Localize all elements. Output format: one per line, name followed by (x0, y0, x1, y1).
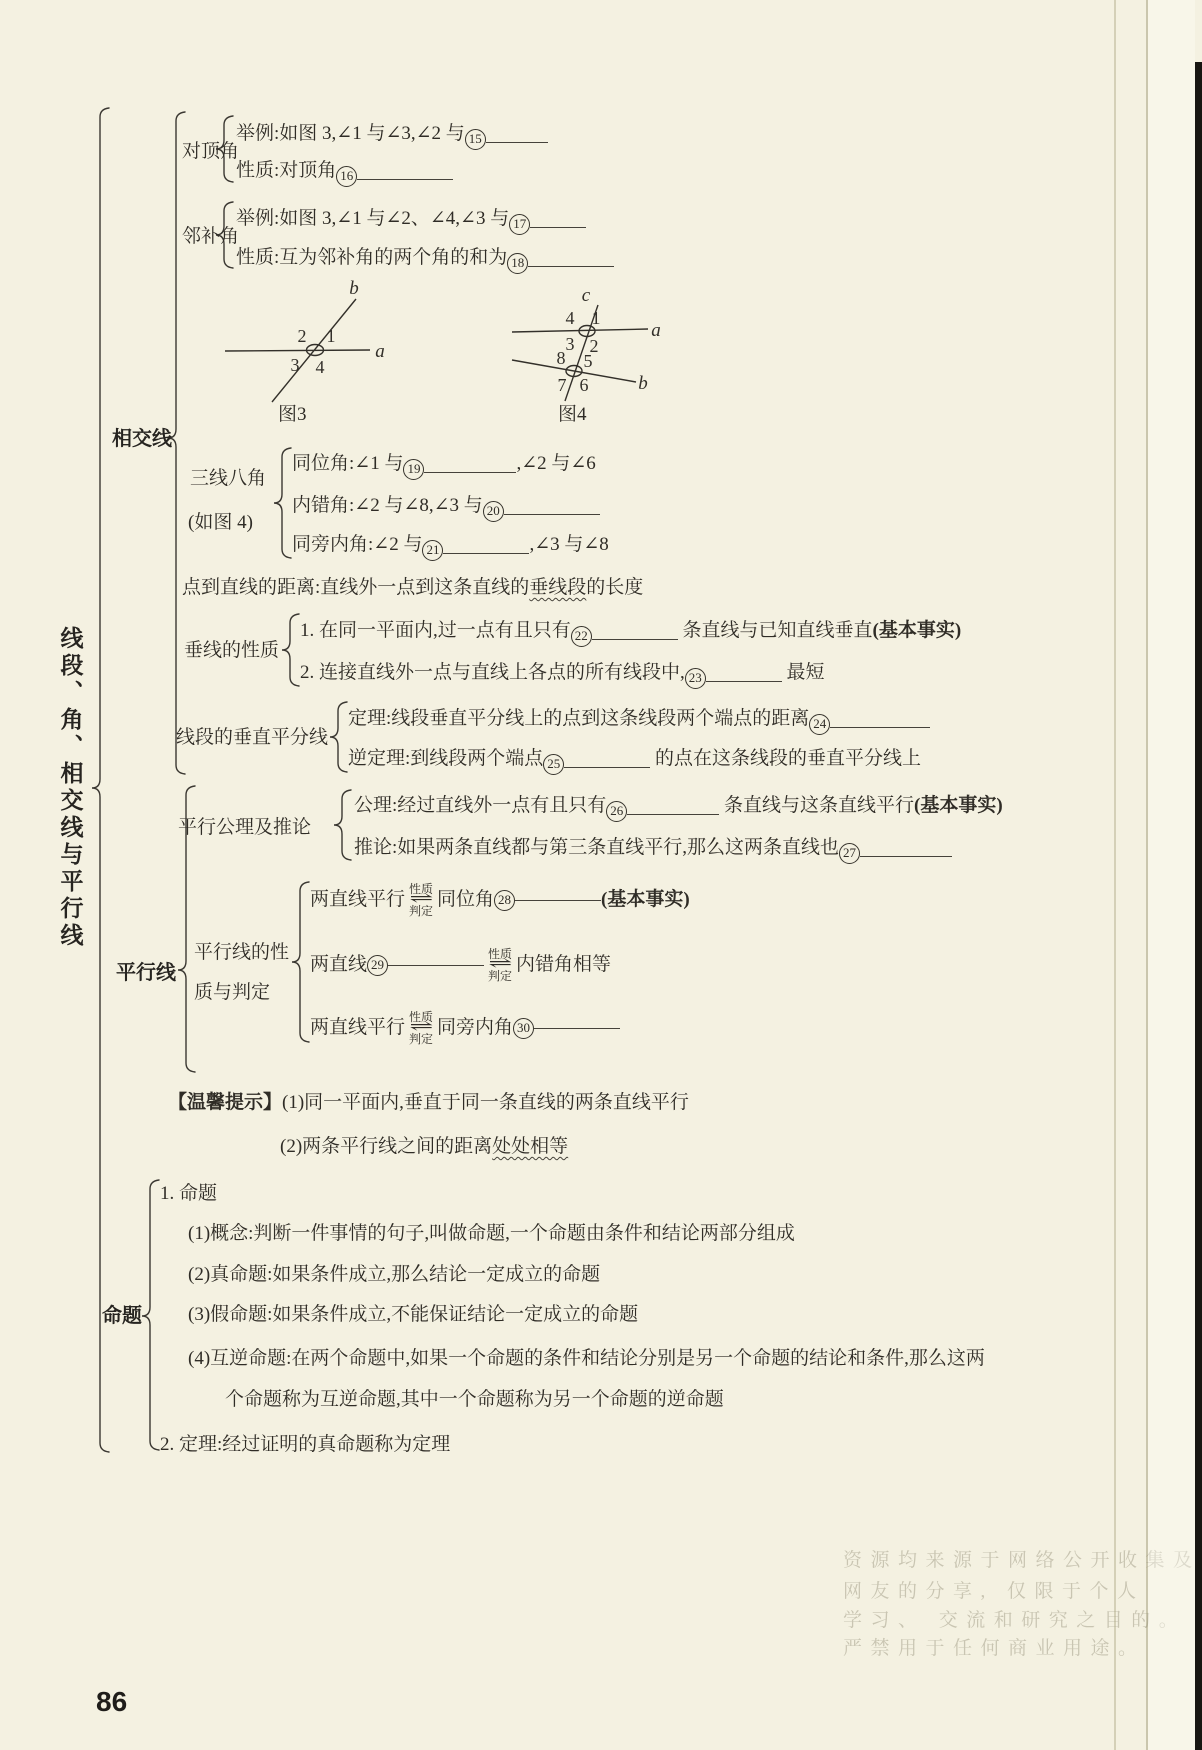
circled-number: 18 (507, 253, 528, 274)
props-judgments-row1: 两直线平行性质⇌判定同位角28 (基本事实) (310, 880, 690, 920)
tips-text1: (1)同一平面内,垂直于同一条直线的两条直线平行 (282, 1092, 689, 1113)
curly-brace (274, 448, 291, 558)
property-judgment-arrow: 性质⇌判定 (409, 883, 433, 917)
branch-label-intersecting-lines: 相交线 (112, 428, 172, 451)
circled-number: 20 (483, 501, 504, 522)
same-side-interior-angles-line: 同旁内角:∠2 与21,∠3 与∠8 (292, 534, 609, 561)
figure4-geometry (512, 305, 648, 401)
proposition-row1: 1. 命题 (160, 1183, 217, 1205)
page-number: 86 (96, 1686, 127, 1718)
vertical-angles-label: 对顶角 (182, 141, 239, 163)
vertical-angles-property: 性质:对顶角16 (236, 160, 453, 187)
perpendicular-properties-item2: 2. 连接直线外一点与直线上各点的所有线段中,23 最短 (300, 662, 825, 689)
props-judgments-label-line2: 质与判定 (194, 982, 270, 1004)
brace-group (92, 108, 351, 1452)
chapter-title-vertical: 线段、角、相交线与平行线 (56, 626, 82, 966)
wavy-emphasis: 垂线段 (529, 577, 586, 598)
fig3-label-b: b (349, 278, 359, 299)
circled-number: 21 (422, 540, 443, 561)
parallel-corollary-line: 推论:如果两条直线都与第三条直线平行,那么这两条直线也27 (354, 837, 952, 864)
fill-in-blank (830, 727, 930, 728)
property-judgment-arrow: 性质⇌判定 (488, 948, 512, 982)
vertical-angles-example: 举例:如图 3,∠1 与∠3,∠2 与15 (236, 123, 548, 150)
fig4-angle-8: 8 (557, 348, 566, 368)
curly-brace (92, 108, 109, 1452)
corresponding-angles-line: 同位角:∠1 与19,∠2 与∠6 (292, 453, 596, 480)
fig4-vertex-circle-bottom (566, 366, 582, 377)
fill-in-blank (592, 639, 678, 640)
branch-label-proposition: 命题 (102, 1305, 142, 1328)
tips-label: 【温馨提示】 (168, 1092, 282, 1113)
bold-emphasis: (基本事实) (914, 795, 1003, 816)
proposition-true: (2)真命题:如果条件成立,那么结论一定成立的命题 (188, 1264, 600, 1286)
circled-number: 28 (494, 890, 515, 911)
double-arrow-icon: ⇌ (409, 895, 433, 905)
curly-brace (142, 1180, 159, 1450)
circled-number: 26 (606, 801, 627, 822)
fig4-line-c (565, 305, 598, 401)
scan-dark-edge (1195, 62, 1202, 1750)
circled-number: 23 (685, 668, 706, 689)
fig4-angle-3: 3 (566, 334, 575, 354)
fig4-angle-6: 6 (580, 375, 589, 395)
props-judgments-label-line1: 平行线的性 (194, 942, 289, 964)
point-line-distance-line: 点到直线的距离:直线外一点到这条直线的垂线段的长度 (182, 577, 643, 599)
fig3-line-a (225, 350, 370, 351)
perpendicular-bisector-theorem: 定理:线段垂直平分线上的点到这条线段两个端点的距离24 (348, 708, 930, 735)
perpendicular-bisector-converse: 逆定理:到线段两个端点25 的点在这条线段的垂直平分线上 (348, 748, 921, 775)
alternate-interior-angles-line: 内错角:∠2 与∠8,∠3 与20 (292, 495, 600, 522)
circled-number: 15 (465, 129, 486, 150)
scan-margin-strip (1148, 0, 1195, 1750)
fill-in-blank (530, 227, 586, 228)
fig4-label-a: a (651, 320, 661, 341)
circled-number: 22 (571, 626, 592, 647)
fill-in-blank (388, 965, 484, 966)
fig4-angle-7: 7 (558, 375, 567, 395)
adjacent-supplementary-property: 性质:互为邻补角的两个角的和为18 (236, 247, 614, 274)
perpendicular-properties-item1: 1. 在同一平面内,过一点有且只有22 条直线与已知直线垂直(基本事实) (300, 620, 961, 647)
fill-in-blank (357, 179, 453, 180)
fig4-vertex-circle-top (579, 326, 595, 337)
circled-number: 17 (509, 214, 530, 235)
three-lines-eight-angles-label: 三线八角 (190, 468, 266, 490)
watermark-line: 学习、 交流和研究之目的。 (843, 1610, 1186, 1632)
proposition-concept: (1)概念:判断一件事情的句子,叫做命题,一个命题由条件和结论两部分组成 (188, 1223, 795, 1245)
fig4-label-c: c (582, 285, 591, 306)
three-lines-eight-angles-sublabel: (如图 4) (188, 512, 253, 534)
fill-in-blank (534, 1028, 620, 1029)
proposition-false: (3)假命题:如果条件成立,不能保证结论一定成立的命题 (188, 1304, 638, 1326)
props-judgments-row3: 两直线平行性质⇌判定同旁内角30 (310, 1008, 620, 1048)
perpendicular-properties-label: 垂线的性质 (184, 640, 279, 662)
watermark-line: 网友的分享, 仅限于个人 (843, 1581, 1145, 1603)
circled-number: 30 (513, 1018, 534, 1039)
fig4-label-b: b (638, 373, 648, 394)
fig4-angle-4: 4 (566, 308, 575, 328)
fill-in-blank (443, 553, 529, 554)
tips-line1: 【温馨提示】(1)同一平面内,垂直于同一条直线的两条直线平行 (168, 1092, 689, 1114)
circled-number: 29 (367, 955, 388, 976)
fig3-angle-2: 2 (298, 326, 307, 346)
fig4-angle-2: 2 (590, 336, 599, 356)
bold-emphasis: (基本事实) (601, 889, 690, 911)
fig3-angle-3: 3 (291, 355, 300, 375)
fig3-angle-1: 1 (327, 326, 336, 346)
proposition-inverse-line1: (4)互逆命题:在两个命题中,如果一个命题的条件和结论分别是另一个命题的结论和条… (188, 1348, 985, 1370)
parallel-axiom-line: 公理:经过直线外一点有且只有26 条直线与这条直线平行(基本事实) (354, 795, 1003, 822)
fill-in-blank (424, 472, 516, 473)
fill-in-blank (627, 814, 719, 815)
fig3-angle-4: 4 (316, 357, 325, 377)
fig3-vertex-circle (307, 345, 324, 356)
figure3-geometry (225, 299, 370, 402)
fill-in-blank (528, 266, 614, 267)
wavy-emphasis: 处处相等 (492, 1136, 568, 1157)
props-judgments-row2: 两直线29性质⇌判定内错角相等 (310, 945, 611, 985)
fig3-line-b (272, 299, 356, 402)
fill-in-blank (504, 514, 600, 515)
figure3-caption: 图3 (278, 404, 307, 426)
perpendicular-bisector-label: 线段的垂直平分线 (176, 727, 328, 749)
circled-number: 19 (403, 459, 424, 480)
fig4-angle-5: 5 (584, 351, 593, 371)
fill-in-blank (515, 900, 601, 901)
fig3-label-a: a (375, 341, 385, 362)
bold-emphasis: (基本事实) (873, 620, 962, 641)
fig4-angle-1: 1 (592, 308, 601, 328)
proposition-theorem: 2. 定理:经过证明的真命题称为定理 (160, 1434, 450, 1456)
fill-in-blank (564, 767, 650, 768)
adjacent-supplementary-label: 邻补角 (182, 226, 239, 248)
double-arrow-icon: ⇌ (409, 1023, 433, 1033)
property-judgment-arrow: 性质⇌判定 (409, 1011, 433, 1045)
circled-number: 27 (839, 843, 860, 864)
fill-in-blank (860, 856, 952, 857)
curly-brace (292, 882, 309, 1042)
circled-number: 25 (543, 754, 564, 775)
figure4-caption: 图4 (558, 404, 587, 426)
proposition-inverse-line2: 个命题称为互逆命题,其中一个命题称为另一个命题的逆命题 (225, 1389, 724, 1411)
watermark-line: 严禁用于任何商业用途。 (843, 1638, 1146, 1660)
double-arrow-icon: ⇌ (488, 960, 512, 970)
fill-in-blank (706, 681, 782, 682)
curly-brace (330, 702, 347, 772)
scan-fold-line (1114, 0, 1116, 1750)
fig4-line-a (512, 329, 648, 332)
circled-number: 16 (336, 166, 357, 187)
fill-in-blank (486, 142, 548, 143)
tips-line2: (2)两条平行线之间的距离处处相等 (280, 1136, 568, 1158)
branch-label-parallel-lines: 平行线 (116, 962, 176, 985)
curly-brace (334, 790, 351, 860)
curly-brace (282, 614, 299, 686)
fig4-line-b (512, 360, 636, 382)
textbook-page: a b 2 1 3 4 a b c 4 1 3 2 8 5 7 6 线段、角、相… (0, 0, 1202, 1750)
parallel-axiom-label: 平行公理及推论 (178, 817, 311, 839)
adjacent-supplementary-example: 举例:如图 3,∠1 与∠2、∠4,∠3 与17 (236, 208, 586, 235)
circled-number: 24 (809, 714, 830, 735)
